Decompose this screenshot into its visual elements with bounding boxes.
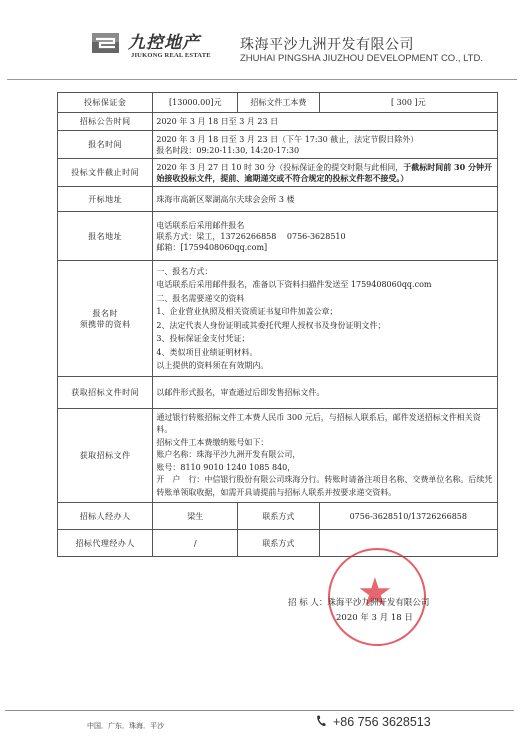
- doc-fee-label: 招标文件工本费: [238, 93, 319, 113]
- agent-contact-label: 招标代理经办人: [58, 530, 153, 557]
- registration-address-label: 报名地址: [58, 212, 153, 261]
- tenderer-contact-method-label: 联系方式: [238, 503, 319, 530]
- obtain-docs-value: 通过银行转账招标文件工本费人民币 300 元后，与招标人联系后，邮件发送招标文件…: [153, 409, 498, 503]
- agent-contact-method-label: 联系方式: [238, 530, 319, 557]
- obtain-time-label: 获取招标文件时间: [58, 377, 153, 409]
- table-row-required-materials: 报名时 须携带的资料 一、报名方式： 电话联系后采用邮件报名，准备以下资料扫描件…: [58, 261, 498, 377]
- opening-location-value: 珠海市高新区翠湖高尔夫球会会所 3 楼: [153, 187, 498, 212]
- table-row-agent-contact: 招标代理经办人 / 联系方式: [58, 530, 498, 557]
- announcement-label: 招标公告时间: [58, 113, 153, 131]
- deposit-label: 投标保证金: [58, 93, 153, 113]
- signature-date: 2020 年 3 月 18 日: [336, 611, 413, 623]
- table-row-tenderer-contact: 招标人经办人 梁生 联系方式 0756-3628510/13726266858: [58, 503, 498, 530]
- obtain-time-value: 以邮件形式报名，审查通过后即发售招标文件。: [153, 377, 498, 409]
- registration-time-value: 2020 年 3 月 18 日至 3 月 23 日（下午 17:30 截止，法定…: [153, 131, 498, 159]
- tenderer-contact-value: 0756-3628510/13726266858: [319, 503, 497, 530]
- footer-phone: +86 756 3628513: [316, 715, 431, 729]
- company-name-en: ZHUHAI PINGSHA JIUZHOU DEVELOPMENT CO., …: [240, 53, 483, 64]
- table-row-registration-address: 报名地址 电话联系后采用邮件报名 联系方式：梁工，13726266858 075…: [58, 212, 498, 261]
- table-row-announcement: 招标公告时间 2020 年 3 月 18 日至 3 月 23 日: [58, 113, 498, 131]
- company-name-cn: 珠海平沙九洲开发有限公司: [240, 34, 414, 54]
- footer-divider: [5, 710, 514, 711]
- footer-phone-number: +86 756 3628513: [333, 715, 431, 729]
- table-row-obtain-time: 获取招标文件时间 以邮件形式报名，审查通过后即发售招标文件。: [58, 377, 498, 409]
- obtain-docs-label: 获取招标文件: [58, 409, 153, 503]
- tenderer-contact-label: 招标人经办人: [58, 503, 153, 530]
- company-logo-icon: [92, 33, 119, 53]
- table-row-deposit: 投标保证金 [13000.00]元 招标文件工本费 [ 300 ]元: [58, 93, 498, 113]
- logo-script-text: 九控地产: [128, 28, 200, 53]
- letterhead: 九控地产 JIUKONG REAL ESTATE 珠海平沙九洲开发有限公司 ZH…: [0, 0, 529, 80]
- table-row-registration-time: 报名时间 2020 年 3 月 18 日至 3 月 23 日（下午 17:30 …: [58, 131, 498, 159]
- tenderer-contact-name: 梁生: [153, 503, 238, 530]
- logo-english-text: JIUKONG REAL ESTATE: [131, 52, 211, 59]
- table-row-obtain-docs: 获取招标文件 通过银行转账招标文件工本费人民币 300 元后，与招标人联系后，邮…: [58, 409, 498, 503]
- agent-contact-name: /: [153, 530, 238, 557]
- tenderer-name: 珠海平沙九洲开发有限公司: [327, 598, 429, 608]
- deadline-value: 2020 年 3 月 27 日 10 时 30 分（投标保证金的提交时限与此相同…: [153, 159, 498, 187]
- footer-address: 中国．广东．珠海．平沙: [87, 721, 164, 731]
- deadline-label: 投标文件截止时间: [58, 159, 153, 187]
- table-row-opening-location: 开标地址 珠海市高新区翠湖高尔夫球会会所 3 楼: [58, 187, 498, 212]
- registration-address-value: 电话联系后采用邮件报名 联系方式：梁工，13726266858 0756-362…: [153, 212, 498, 261]
- deposit-value: [13000.00]元: [153, 93, 238, 113]
- registration-time-label: 报名时间: [58, 131, 153, 159]
- table-row-deadline: 投标文件截止时间 2020 年 3 月 27 日 10 时 30 分（投标保证金…: [58, 159, 498, 187]
- agent-contact-value: [319, 530, 497, 557]
- signature-block: 招 标 人：珠海平沙九洲开发有限公司: [288, 597, 429, 609]
- doc-fee-value: [ 300 ]元: [319, 93, 497, 113]
- required-materials-label: 报名时 须携带的资料: [58, 261, 153, 377]
- opening-location-label: 开标地址: [58, 187, 153, 212]
- announcement-value: 2020 年 3 月 18 日至 3 月 23 日: [153, 113, 498, 131]
- phone-icon: [316, 715, 326, 727]
- tender-info-table: 投标保证金 [13000.00]元 招标文件工本费 [ 300 ]元 招标公告时…: [57, 92, 498, 557]
- header-divider: [7, 79, 517, 80]
- tenderer-label: 招 标 人：: [288, 598, 327, 608]
- required-materials-value: 一、报名方式： 电话联系后采用邮件报名，准备以下资料扫描件发送至 1759408…: [153, 261, 498, 377]
